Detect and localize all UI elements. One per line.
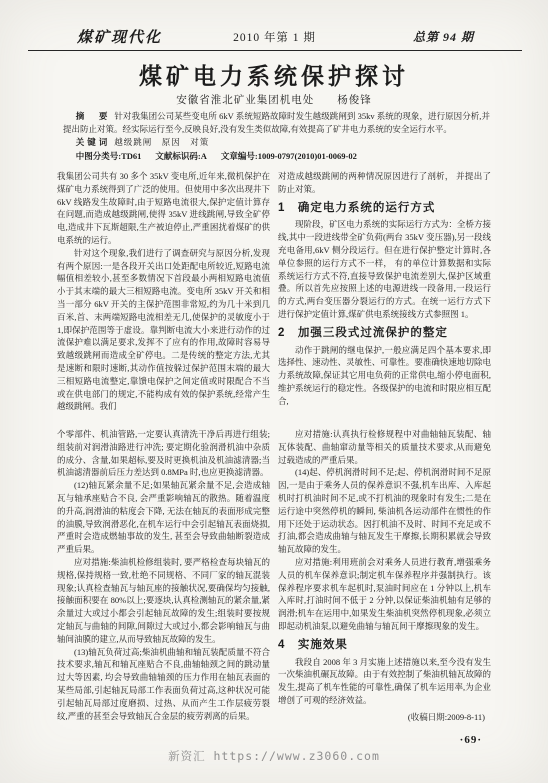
document-code: 文献标识码:A — [155, 151, 206, 161]
keywords-label: 关键词 — [76, 137, 111, 147]
continued-article-right-column: 应对措施:认真执行检修规程中对曲轴轴瓦装配、轴瓦体装配、曲轴窜动量等相关的质量技… — [278, 428, 491, 724]
volume-label: 总第 94 期 — [413, 28, 474, 45]
header-rule — [28, 50, 522, 51]
body-paragraph: (14)起、停机润滑时间不足;起、停机润滑时间不足原因,一是由于乘务人员的保养意… — [278, 466, 491, 556]
body-paragraph: 应对措施:利用班前会对乘务人员进行教育,增强乘务人员的机车保养意识;制定机车保养… — [278, 556, 491, 633]
section-heading-4: 4 实施效果 — [278, 639, 491, 652]
body-paragraph: (12)轴瓦紧余量不足;如果轴瓦紧余量不足,会造成轴瓦与轴承座贴合不良, 会严重… — [57, 479, 270, 556]
clc-number: 中图分类号:TD61 — [76, 151, 142, 161]
article1-left-column: 我集团公司共有 30 多个 35kV 变电所,近年来,微机保护在煤矿电力系统得到… — [57, 170, 270, 413]
meta-line: 中图分类号:TD61文献标识码:A文章编号:1009-0797(2010)01-… — [63, 150, 490, 163]
received-date: (收稿日期:2009-8-11) — [278, 711, 491, 724]
abstract-text: 针对我集团公司某些变电所 6kV 系统短路故障时发生越级跳闸到 35kv 系统的… — [63, 111, 490, 134]
article-title: 煤矿电力系统保护探讨 — [0, 58, 548, 91]
abstract-paragraph: 摘 要针对我集团公司某些变电所 6kV 系统短路故障时发生越级跳闸到 35kv … — [63, 110, 490, 135]
body-paragraph: 针对这个现象,我们进行了调查研究与原因分析,发现有两个原因:一是各段开关出口处距… — [57, 247, 270, 413]
journal-page: 煤矿现代化 2010 年第 1 期 总第 94 期 煤矿电力系统保护探讨 安徽省… — [0, 0, 548, 783]
watermark-text: 新资汇 https://www.z3060.com — [0, 748, 548, 764]
section-heading-1: 1 确定电力系统的运行方式 — [278, 202, 491, 215]
keywords-text: 越级跳闸 原因 对策 — [114, 137, 209, 147]
body-paragraph: 个零部件、机油管路,一定要认真清洗干净后再进行组装;组装前对润滑油路进行冲洗; … — [57, 428, 270, 479]
section-heading-2: 2 加强三段式过流保护的整定 — [278, 327, 491, 340]
continued-article-left-column: 个零部件、机油管路,一定要认真清洗干净后再进行组装;组装前对润滑油路进行冲洗; … — [57, 428, 270, 722]
article-number: 文章编号:1009-0797(2010)01-0069-02 — [221, 151, 357, 161]
article1-right-column: 对造成越级跳闸的两种情况原因进行了剖析， 并提出了防止对策。 1 确定电力系统的… — [278, 170, 491, 408]
body-paragraph: 我段自 2008 年 3 月实施上述措施以来,至今没有发生一次柴油机碾瓦故障。由… — [278, 656, 491, 707]
article-byline: 安徽省淮北矿业集团机电处 杨俊锋 — [0, 92, 548, 107]
page-header: 煤矿现代化 2010 年第 1 期 总第 94 期 — [57, 26, 492, 46]
keywords-line: 关键词越级跳闸 原因 对策 — [63, 136, 490, 149]
body-paragraph: 动作于跳闸的继电保护,一般应满足四个基本要求,即选择性、速动性、灵敏性、可靠性。… — [278, 344, 491, 408]
body-paragraph: 现阶段，矿区电力系统的实际运行方式为：全桥方接线,其中一段进线带全矿负荷(两台 … — [278, 218, 491, 320]
page-number: ·69· — [460, 734, 482, 746]
body-paragraph: 对造成越级跳闸的两种情况原因进行了剖析， 并提出了防止对策。 — [278, 170, 491, 196]
body-paragraph: 应对措施:柴油机检修组装时, 要严格检查每块轴瓦的规格,保持规格一致,杜绝不同规… — [57, 556, 270, 646]
body-paragraph: 应对措施:认真执行检修规程中对曲轴轴瓦装配、轴瓦体装配、曲轴窜动量等相关的质量技… — [278, 428, 491, 466]
abstract-label: 摘 要 — [76, 111, 111, 121]
body-paragraph: 我集团公司共有 30 多个 35kV 变电所,近年来,微机保护在煤矿电力系统得到… — [57, 170, 270, 247]
body-paragraph: (13)轴瓦负荷过高;柴油机曲轴和轴瓦装配质量不符合技术要求,轴瓦和轴瓦座贴合不… — [57, 646, 270, 723]
front-matter: 摘 要针对我集团公司某些变电所 6kV 系统短路故障时发生越级跳闸到 35kv … — [63, 110, 490, 162]
